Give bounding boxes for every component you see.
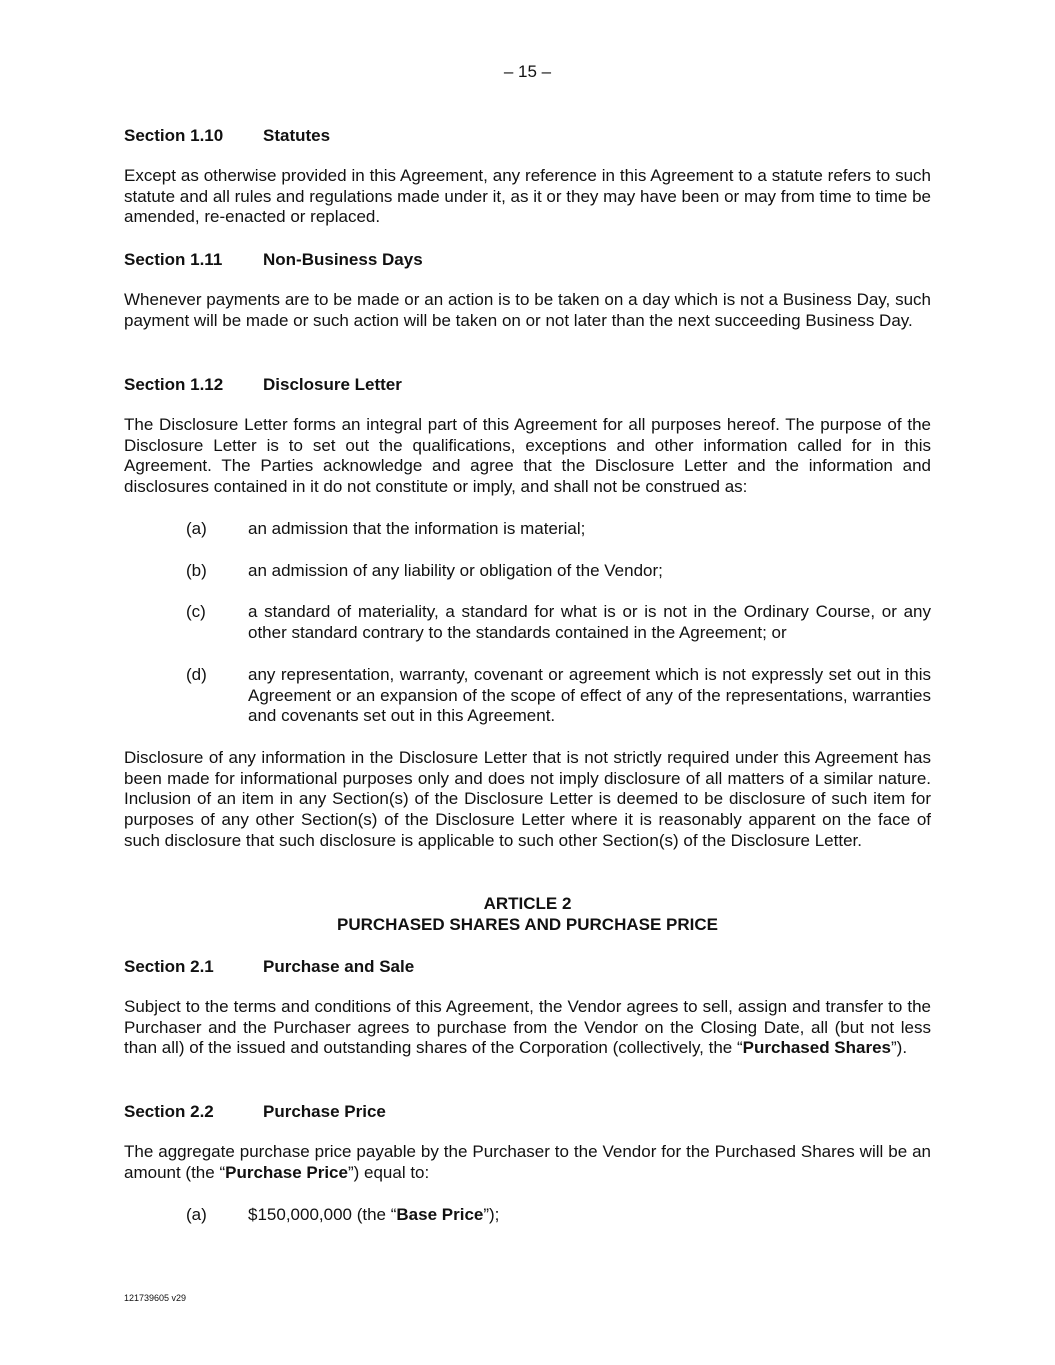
- list-item-label: (b): [186, 561, 207, 582]
- section-title: Purchase Price: [263, 1102, 386, 1121]
- section-number: Section 2.2: [124, 1101, 263, 1122]
- list-item-text: $150,000,000 (the “Base Price”);: [248, 1205, 931, 1226]
- list-item-text: an admission that the information is mat…: [248, 519, 931, 540]
- body-text: ”);: [483, 1205, 499, 1224]
- defined-term: Purchased Shares: [743, 1038, 891, 1057]
- body-text: ”) equal to:: [348, 1163, 429, 1182]
- section-2-2-body: The aggregate purchase price payable by …: [124, 1142, 931, 1183]
- section-1-12-body: The Disclosure Letter forms an integral …: [124, 415, 931, 498]
- list-item-label: (a): [186, 1205, 207, 1226]
- body-text: $150,000,000 (the “: [248, 1205, 396, 1224]
- list-item-label: (d): [186, 665, 207, 686]
- defined-term: Base Price: [396, 1205, 483, 1224]
- section-1-12-heading: Section 1.12Disclosure Letter: [124, 374, 402, 395]
- section-1-11-heading: Section 1.11Non-Business Days: [124, 249, 423, 270]
- article-label: ARTICLE 2: [0, 893, 1055, 914]
- section-title: Statutes: [263, 126, 330, 145]
- defined-term: Purchase Price: [225, 1163, 348, 1182]
- section-number: Section 1.12: [124, 374, 263, 395]
- list-item-text: a standard of materiality, a standard fo…: [248, 602, 931, 643]
- section-1-12-closing: Disclosure of any information in the Dis…: [124, 748, 931, 852]
- section-2-1-heading: Section 2.1Purchase and Sale: [124, 956, 414, 977]
- body-text: ”).: [891, 1038, 907, 1057]
- list-item-label: (c): [186, 602, 206, 623]
- section-2-2-heading: Section 2.2Purchase Price: [124, 1101, 386, 1122]
- list-item-text: an admission of any liability or obligat…: [248, 561, 931, 582]
- section-title: Non-Business Days: [263, 250, 423, 269]
- section-2-1-body: Subject to the terms and conditions of t…: [124, 997, 931, 1059]
- section-title: Disclosure Letter: [263, 375, 402, 394]
- article-title: PURCHASED SHARES AND PURCHASE PRICE: [0, 914, 1055, 935]
- section-title: Purchase and Sale: [263, 957, 414, 976]
- section-number: Section 1.10: [124, 125, 263, 146]
- section-1-10-body: Except as otherwise provided in this Agr…: [124, 166, 931, 228]
- document-footer-id: 121739605 v29: [124, 1293, 186, 1304]
- section-number: Section 2.1: [124, 956, 263, 977]
- section-1-10-heading: Section 1.10Statutes: [124, 125, 330, 146]
- list-item-text: any representation, warranty, covenant o…: [248, 665, 931, 727]
- section-1-11-body: Whenever payments are to be made or an a…: [124, 290, 931, 331]
- list-item-label: (a): [186, 519, 207, 540]
- page-number: – 15 –: [0, 61, 1055, 82]
- section-number: Section 1.11: [124, 249, 263, 270]
